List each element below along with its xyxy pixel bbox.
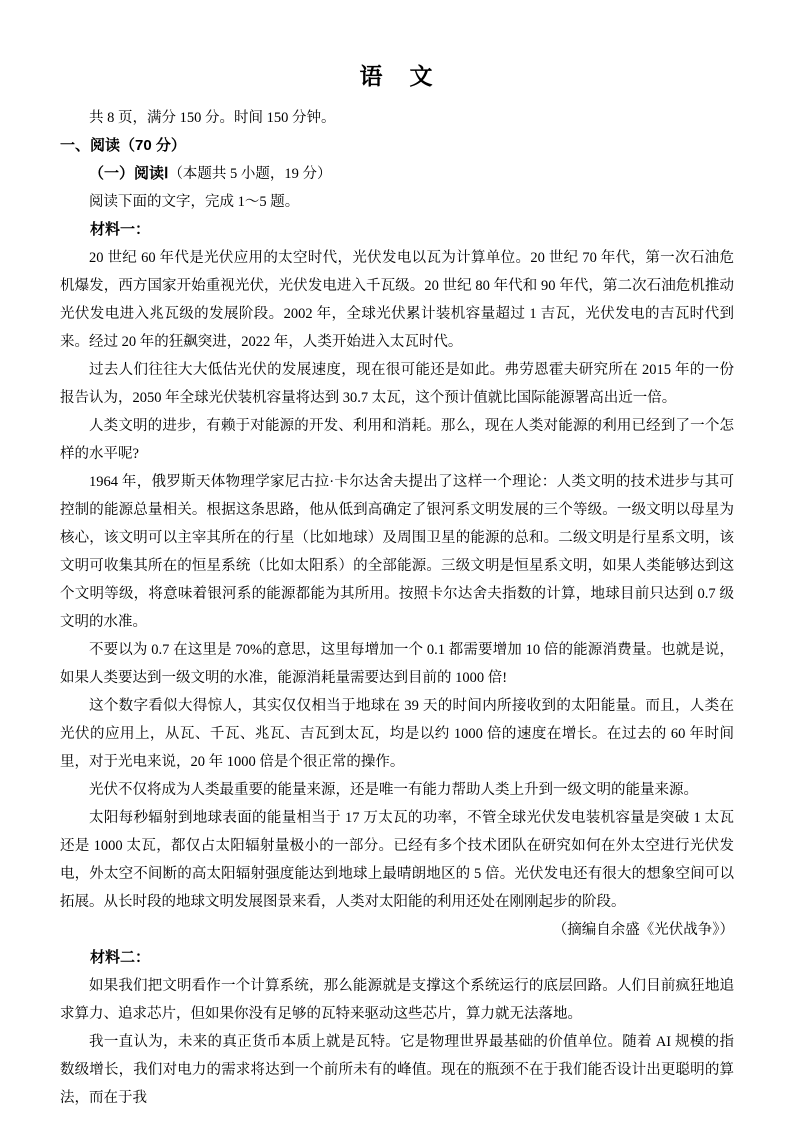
- material1-paragraph-7: 光伏不仅将成为人类最重要的能量来源，还是唯一有能力帮助人类上升到一级文明的能量来…: [60, 776, 734, 804]
- material1-paragraph-1: 20 世纪 60 年代是光伏应用的太空时代，光伏发电以瓦为计算单位。20 世纪 …: [60, 244, 734, 356]
- material2-label: 材料二：: [60, 944, 734, 972]
- exam-page: 语 文 共 8 页，满分 150 分。时间 150 分钟。 一、阅读（70 分）…: [0, 0, 794, 1123]
- material1-attribution: （摘编自余盛《光伏战争》）: [60, 916, 734, 944]
- material2-paragraph-2: 我一直认为，未来的真正货币本质上就是瓦特。它是物理世界最基础的价值单位。随着 A…: [60, 1028, 734, 1112]
- material2-paragraph-1: 如果我们把文明看作一个计算系统，那么能源就是支撑这个系统运行的底层回路。人们目前…: [60, 972, 734, 1028]
- material1-paragraph-8: 太阳每秒辐射到地球表面的能量相当于 17 万太瓦的功率，不管全球光伏发电装机容量…: [60, 804, 734, 916]
- material1-paragraph-2: 过去人们往往大大低估光伏的发展速度，现在很可能还是如此。弗劳恩霍夫研究所在 20…: [60, 356, 734, 412]
- exam-meta-line: 共 8 页，满分 150 分。时间 150 分钟。: [60, 104, 734, 132]
- material1-paragraph-5: 不要以为 0.7 在这里是 70%的意思，这里每增加一个 0.1 都需要增加 1…: [60, 636, 734, 692]
- section-heading: 一、阅读（70 分）: [60, 132, 734, 160]
- material1-label: 材料一：: [60, 216, 734, 244]
- subsection-points: （本题共 5 小题，19 分）: [168, 166, 331, 182]
- document-title: 语 文: [60, 60, 734, 92]
- material1-paragraph-4: 1964 年，俄罗斯天体物理学家尼古拉·卡尔达舍夫提出了这样一个理论：人类文明的…: [60, 468, 734, 636]
- reading-instruction: 阅读下面的文字，完成 1～5 题。: [60, 188, 734, 216]
- material1-paragraph-3: 人类文明的进步，有赖于对能源的开发、利用和消耗。那么，现在人类对能源的利用已经到…: [60, 412, 734, 468]
- subsection-title: （一）阅读Ⅰ: [89, 165, 168, 182]
- material1-paragraph-6: 这个数字看似大得惊人，其实仅仅相当于地球在 39 天的时间内所接收到的太阳能量。…: [60, 692, 734, 776]
- subsection-heading: （一）阅读Ⅰ（本题共 5 小题，19 分）: [60, 160, 734, 188]
